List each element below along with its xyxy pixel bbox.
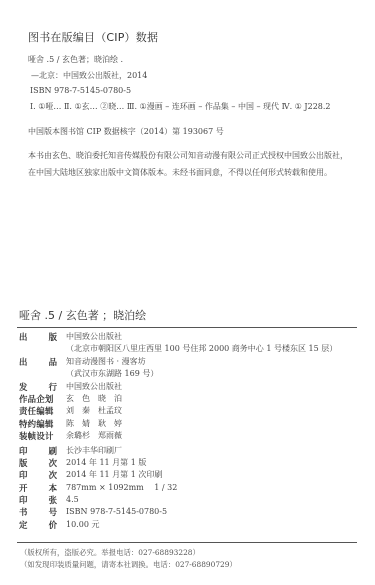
label-char: 刷 [49, 445, 57, 457]
label-char: 印 [19, 469, 27, 481]
label-char: 版 [49, 331, 57, 343]
label-char: 品 [49, 356, 57, 368]
row-label: 书号 [19, 506, 66, 518]
row-value: 2014 年 11 月第 1 次印刷 [66, 469, 162, 481]
label-char: 出 [19, 331, 27, 343]
label-char: 印 [19, 494, 27, 506]
row-producer-address: （武汉市东湖路 169 号） [19, 368, 364, 380]
cip-line-publisher: —北京：中国致公出版社，2014 [31, 70, 147, 81]
cip-line-classification: Ⅰ. ①哑… Ⅱ. ①玄… ②晓… Ⅲ. ①漫画 – 连环画 – 作品集 – 中… [30, 101, 331, 112]
row-label: 装帧设计 [19, 430, 66, 442]
row-value: 2014 年 11 月第 1 版 [66, 457, 146, 469]
copyright-note: （版权所有，盗版必究。举报电话：027-68893228） [20, 547, 200, 558]
label-char: 发 [19, 381, 27, 393]
row-edition: 版次 2014 年 11 月第 1 版 [19, 457, 364, 469]
row-value: 刘 秦 杜孟玟 [66, 405, 122, 417]
label-char: 次 [49, 469, 57, 481]
row-value: ISBN 978-7-5145-0780-5 [66, 506, 167, 518]
row-label: 作品企划 [19, 393, 66, 405]
row-printer: 印刷 长沙丰华印刷厂 [19, 445, 364, 457]
row-producer: 出品 知音动漫图书 · 漫客坊 [19, 356, 364, 368]
label-char: 本 [49, 482, 57, 494]
row-label: 印次 [19, 469, 66, 481]
row-label: 开本 [19, 482, 66, 494]
row-design: 装帧设计 余璐杉 郑雨薇 [19, 430, 364, 442]
quality-note: （如发现印装质量问题，请寄本社调换。电话：027-68890729） [20, 559, 237, 570]
divider-top [17, 327, 357, 328]
row-label: 出版 [19, 331, 66, 343]
row-publisher: 出版 中国致公出版社 [19, 331, 364, 343]
label-char: 开 [19, 482, 27, 494]
row-distributor: 发行 中国致公出版社 [19, 381, 364, 393]
row-label: 责任编辑 [19, 405, 66, 417]
label-char: 次 [49, 457, 57, 469]
label-char: 书 [19, 506, 27, 518]
label-char: 定 [19, 519, 27, 531]
row-special-editor: 特约编辑 陈 婧 耿 婷 [19, 418, 364, 430]
row-label: 出品 [19, 356, 66, 368]
row-value: 知音动漫图书 · 漫客坊 [66, 356, 146, 368]
row-editor: 责任编辑 刘 秦 杜孟玟 [19, 405, 364, 417]
label-char: 印 [19, 445, 27, 457]
row-planning: 作品企划 玄 色 晓 泊 [19, 393, 364, 405]
row-value: （北京市朝阳区八里庄西里 100 号住邦 2000 商务中心 1 号楼东区 15… [66, 343, 337, 355]
row-label: 印张 [19, 494, 66, 506]
row-value: 中国致公出版社 [66, 331, 122, 343]
row-value: 玄 色 晓 泊 [66, 393, 122, 405]
row-price: 定价 10.00 元 [19, 519, 364, 531]
row-value: 10.00 元 [66, 519, 99, 531]
row-sheets: 印张 4.5 [19, 494, 364, 506]
row-value: 陈 婧 耿 婷 [66, 418, 122, 430]
book-title: 哑舍 .5 / 玄色著 ；晓泊绘 [19, 307, 146, 323]
cip-line-record-number: 中国版本图书馆 CIP 数据核字（2014）第 193067 号 [28, 126, 224, 137]
row-value: 中国致公出版社 [66, 381, 122, 393]
row-label: 定价 [19, 519, 66, 531]
row-label: 印刷 [19, 445, 66, 457]
label-char: 出 [19, 356, 27, 368]
divider-bottom [17, 542, 357, 543]
row-value: 4.5 [66, 494, 79, 506]
label-char: 号 [49, 506, 57, 518]
row-value: 余璐杉 郑雨薇 [66, 430, 122, 442]
row-printing: 印次 2014 年 11 月第 1 次印刷 [19, 469, 364, 481]
row-value: 长沙丰华印刷厂 [66, 445, 122, 457]
cip-line-isbn: ISBN 978-7-5145-0780-5 [30, 86, 131, 95]
row-label: 版次 [19, 457, 66, 469]
row-isbn: 书号 ISBN 978-7-5145-0780-5 [19, 506, 364, 518]
cip-line-title: 哑舍 .5 / 玄色著；晓泊绘 . [28, 54, 123, 65]
label-char: 价 [49, 519, 57, 531]
row-value: 787mm × 1092mm 1 / 32 [66, 482, 177, 494]
row-label: 特约编辑 [19, 418, 66, 430]
row-publisher-address: （北京市朝阳区八里庄西里 100 号住邦 2000 商务中心 1 号楼东区 15… [19, 343, 364, 355]
label-char: 行 [49, 381, 57, 393]
colophon-info: 出版 中国致公出版社 （北京市朝阳区八里庄西里 100 号住邦 2000 商务中… [19, 331, 364, 531]
cip-heading: 图书在版编目（CIP）数据 [28, 29, 158, 45]
cip-line-license-2: 在中国大陆地区独家出版中文简体版本。未经书面同意，不得以任何形式转载和使用。 [28, 167, 332, 178]
row-label: 发行 [19, 381, 66, 393]
row-value: （武汉市东湖路 169 号） [66, 368, 158, 380]
row-format: 开本 787mm × 1092mm 1 / 32 [19, 482, 364, 494]
label-char: 版 [19, 457, 27, 469]
cip-line-license-1: 本书由玄色、晓泊委托知音传媒股份有限公司知音动漫有限公司正式授权中国致公出版社， [28, 150, 348, 161]
label-char: 张 [49, 494, 57, 506]
